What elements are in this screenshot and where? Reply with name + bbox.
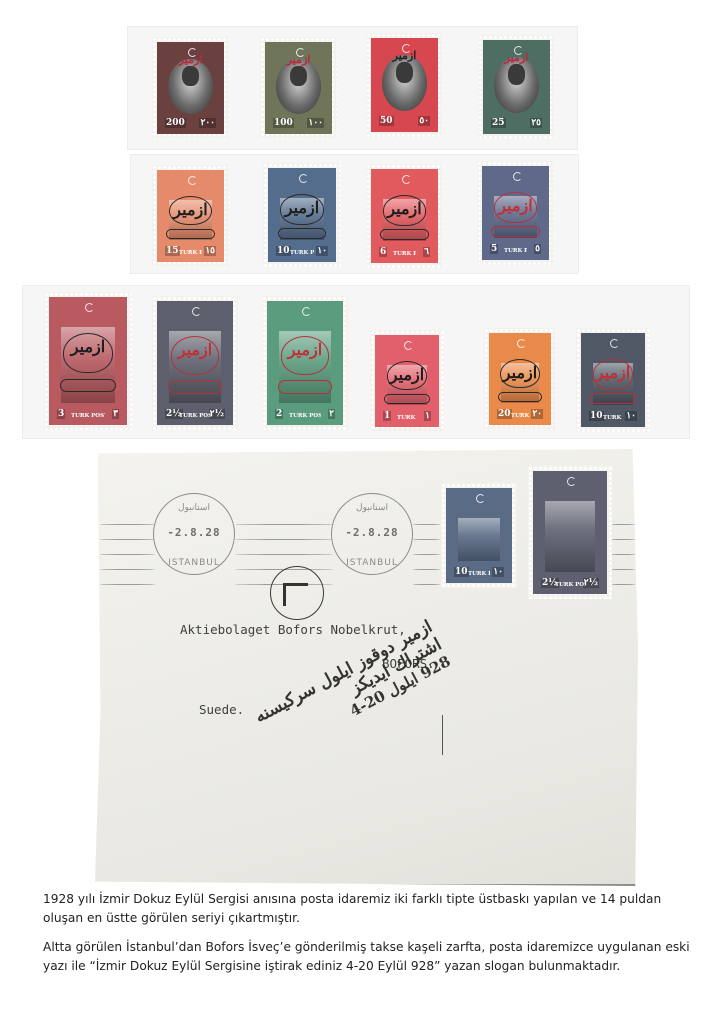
stamp-label: TURK POSTALARI [555,582,585,588]
stamp-frame: 3٣TURK POSTALARIازمير [49,297,127,425]
cancel-wave-line [610,584,635,585]
stamp-value-arabic: ١٥ [204,246,216,256]
stamp-3-1: 3٣TURK POSTALARIازمير [44,292,132,430]
stamp-label: TURK POSTALARI [71,413,105,419]
cancel-wave-line [235,524,333,525]
stamp-value-arabic: ٢٠٠ [199,118,216,128]
overprint-izmir: ازمير [379,49,430,62]
stamp-frame: 100١٠٠ازمير [265,42,332,134]
overprint-izmir: ازمير [500,359,540,389]
crescent-icon [188,176,197,185]
overprint-izmir: ازمير [63,333,113,373]
crescent-icon [476,494,485,503]
postage-due-handstamp [270,566,324,620]
overprint-date-bar [60,379,116,393]
portrait-icon [396,62,412,83]
stamp-frame: 50٥٠ازمير [371,38,438,132]
cancel-wave-line [235,539,333,540]
stamp-label: TURK POSTALARI [393,251,416,257]
crescent-icon [610,339,619,348]
overprint-date-bar [278,380,333,393]
stamp-label: TURK POSTALARI [511,413,529,419]
stamp-2-3: 6٦TURK POSTALARIازمير [366,164,443,268]
stamp-label: TURK POSTALARI [179,250,202,256]
stamp-2-1: 15١٥TURK POSTALARIازمير [152,165,229,267]
caption-paragraph-1: 1928 yılı İzmir Dokuz Eylül Sergisi anıs… [43,890,693,928]
stamp-1-3: 50٥٠ازمير [366,33,443,137]
stamp-value: 10 [589,411,604,421]
stamp-frame: 15١٥TURK POSTALARIازمير [157,170,224,262]
crescent-icon [85,303,94,312]
overprint-izmir: ازمير [491,51,542,64]
address-line-1: Aktiebolaget Bofors Nobelkrut, [180,622,406,637]
stamp-value: 3 [57,409,65,419]
stamp-value-arabic: ١٠ [316,246,328,256]
stamp-label: TURK POSTALARI [290,250,314,256]
overprint-izmir: ازمير [280,194,324,224]
cancel-wave-line [610,554,635,555]
stamp-value: 6 [379,247,387,257]
stamp-frame: 10١٠TURK POSTALARIازمير [268,168,336,262]
stamp-frame: 20٢٠TURK POSTALARIازمير [489,333,551,425]
stamp-label: TURK POSTALARI [397,415,417,421]
stamp-3-4: 1١TURK POSTALARIازمير [370,330,444,432]
stamp-frame: 2٢TURK POSTALARIازمير [267,301,343,425]
stamp-value: 2 [275,409,283,419]
crescent-icon [299,174,308,183]
stamp-value-arabic: ١٠ [625,411,637,421]
stamp-frame: 10١٠TURK POSTALARI [446,488,512,583]
stamp-frame: 5٥TURK POSTALARIازمير [482,166,549,260]
portrait-icon [290,66,306,86]
stamp-value-arabic: ١ [424,411,431,421]
stamp-2-2: 10١٠TURK POSTALARIازمير [263,163,341,267]
stamp-frame: 200٢٠٠ازمير [157,42,224,134]
stamp-value-arabic: ٢½ [209,409,225,419]
crescent-icon [404,341,413,350]
cancel-wave-line [100,539,155,540]
crescent-icon [302,307,311,316]
stamp-value: 5 [490,244,498,254]
cancel-wave-line [413,539,440,540]
stamp-frame: 10١٠TURK POSTALARIازمير [581,333,645,427]
stamp-3-5: 20٢٠TURK POSTALARIازمير [484,328,556,430]
postmark-date: -2.8.28 [162,526,226,539]
postmark-1: ‎ﺍﺳﺘﺎﻧﺒﻮﻝ -2.8.28 ISTANBUL [153,493,235,575]
cancel-wave-line [100,554,155,555]
postmark-2: ‎ﺍﺳﺘﺎﻧﺒﻮﻝ -2.8.28 ISTANBUL [331,493,413,575]
stamp-label: TURK POSTALARI [603,415,623,421]
cancel-wave-line [100,584,155,585]
stamp-value-arabic: ٦ [423,247,430,257]
stamp-value-arabic: ٢٥ [530,118,542,128]
cancel-wave-line [235,554,333,555]
postmark-city: ISTANBUL [154,558,234,568]
envelope-stamp-1-2: 2½٢½TURK POSTALARI [528,466,612,599]
overprint-izmir: ازمير [273,53,324,66]
postmark-date: -2.8.28 [340,526,404,539]
stamp-frame: 6٦TURK POSTALARIازمير [371,169,438,263]
overprint-date-bar [590,393,636,403]
stamp-frame: 1١TURK POSTALARIازمير [375,335,439,427]
crescent-icon [517,339,526,348]
postmark-arabic: ‎ﺍﺳﺘﺎﻧﺒﻮﻝ [154,502,234,513]
stamp-value: 200 [165,118,186,128]
stamp-value-arabic: ٢ [328,409,335,419]
crescent-icon [567,477,576,486]
cancel-wave-line [610,569,635,570]
stamp-value-arabic: ٥٠ [418,116,430,126]
stamp-value: 15 [165,246,180,256]
overprint-izmir: ازمير [494,192,537,222]
stamp-frame: 2½٢½TURK POSTALARI [533,471,607,594]
postmark-city: ISTANBUL [332,558,412,568]
stamp-3-2: 2½٢½TURK POSTALARIازمير [152,296,238,430]
cancel-wave-line [100,569,155,570]
stamp-value-arabic: ٥ [534,244,541,254]
overprint-izmir: ازمير [171,336,220,375]
stamp-label: TURK POSTALARI [289,413,321,419]
stamp-1-1: 200٢٠٠ازمير [152,37,229,139]
overprint-izmir: ازمير [165,53,216,66]
stamp-label: TURK POSTALARI [179,413,211,419]
stamp-value-arabic: ٣ [112,409,119,419]
crescent-icon [192,307,201,316]
stamp-value: 10 [276,246,291,256]
stamp-value-arabic: ٢٠ [531,409,543,419]
slogan-bracket [432,715,443,755]
overprint-izmir: ازمير [383,195,426,225]
overprint-date-bar [384,394,430,404]
overprint-date-bar [168,380,223,393]
overprint-izmir: ازمير [593,359,634,389]
stamp-3-6: 10١٠TURK POSTALARIازمير [576,328,650,432]
stamp-1-4: 25٢٥ازمير [478,35,555,139]
cancel-wave-line [413,524,440,525]
stamp-2-4: 5٥TURK POSTALARIازمير [477,161,554,265]
overprint-date-bar [166,229,214,239]
portrait-icon [508,64,524,85]
crescent-icon [402,175,411,184]
stamp-label: TURK POSTALARI [504,248,527,254]
landscape-illustration [545,501,595,572]
cancel-wave-line [413,584,440,585]
tax-t-mark [283,583,308,606]
cancel-wave-line [413,554,440,555]
cancel-wave-line [100,524,155,525]
overprint-date-bar [278,228,327,238]
stamp-1-2: 100١٠٠ازمير [260,37,337,139]
stamp-value-arabic: ٢½ [583,578,599,588]
envelope-stamp-1-1: 10١٠TURK POSTALARI [441,483,517,588]
landscape-illustration [458,518,500,561]
overprint-date-bar [380,229,428,239]
stamp-value: 1 [383,411,391,421]
stamp-frame: 2½٢½TURK POSTALARIازمير [157,301,233,425]
overprint-izmir: ازمير [387,361,428,391]
stamp-value: 10 [454,567,469,577]
overprint-izmir: ازمير [281,336,330,375]
stamp-value-arabic: ١٠٠ [307,118,324,128]
stamp-value: 20 [497,409,512,419]
stamp-value: 50 [379,116,394,126]
stamp-value: 25 [491,118,506,128]
overprint-izmir: ازمير [169,196,212,226]
crescent-icon [513,172,522,181]
address-line-3: Suede. [199,702,244,717]
cancel-wave-line [413,569,440,570]
stamp-value: 100 [273,118,294,128]
cancel-wave-line [610,524,635,525]
overprint-date-bar [498,392,543,402]
stamp-3-3: 2٢TURK POSTALARIازمير [262,296,348,430]
stamp-label: TURK POSTALARI [468,571,490,577]
caption-paragraph-2: Altta görülen İstanbul’dan Bofors İsveç’… [43,938,693,976]
stamp-frame: 25٢٥ازمير [483,40,550,134]
stamp-value-arabic: ١٠ [492,567,504,577]
overprint-date-bar [491,226,539,236]
postmark-arabic: ‎ﺍﺳﺘﺎﻧﺒﻮﻝ [332,502,412,513]
cancel-wave-line [610,539,635,540]
portrait-icon [182,66,198,86]
